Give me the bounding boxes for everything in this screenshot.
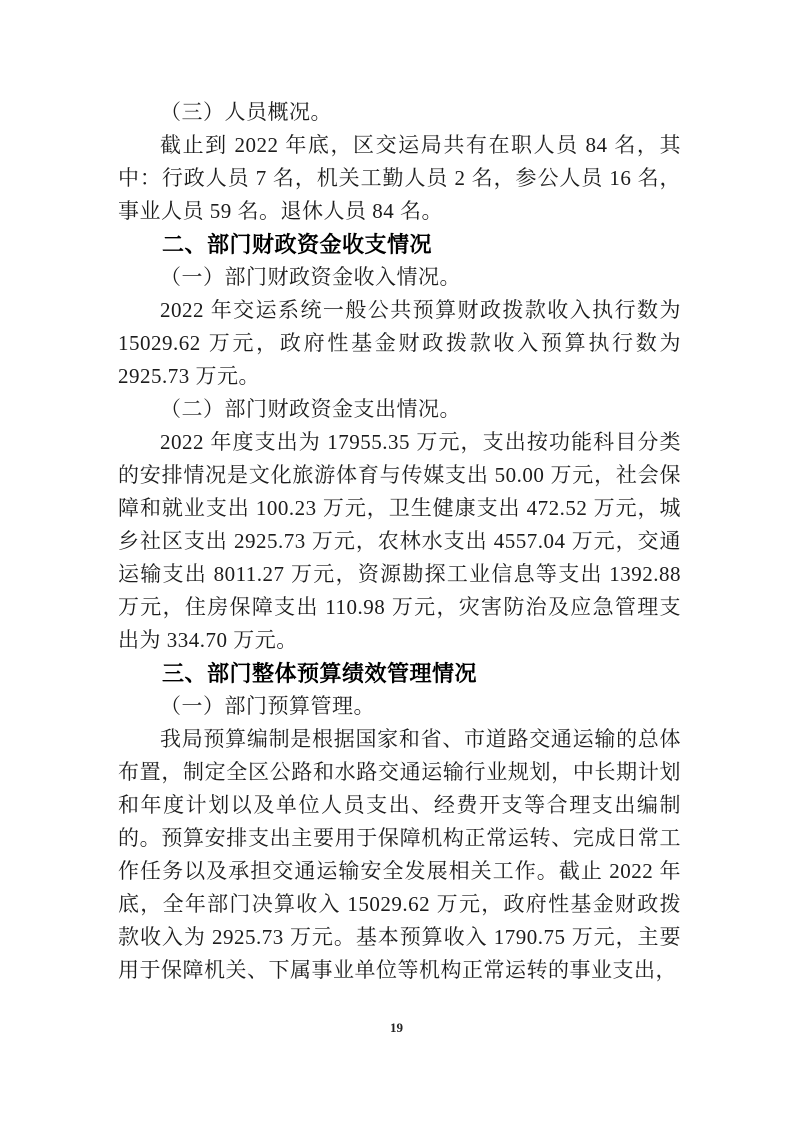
page-number: 19	[0, 1020, 793, 1036]
document-body: （三）人员概况。 截止到 2022 年底，区交运局共有在职人员 84 名，其中：…	[118, 96, 681, 987]
paragraph-expenditure-figures: 2022 年度支出为 17955.35 万元，支出按功能科目分类的安排情况是文化…	[118, 426, 681, 657]
subheading-budget-management: （一）部门预算管理。	[118, 690, 681, 723]
paragraph-personnel-stats: 截止到 2022 年底，区交运局共有在职人员 84 名，其中：行政人员 7 名，…	[118, 129, 681, 228]
subheading-expenditure-situation: （二）部门财政资金支出情况。	[118, 393, 681, 426]
paragraph-budget-management-detail: 我局预算编制是根据国家和省、市道路交通运输的总体布置，制定全区公路和水路交通运输…	[118, 723, 681, 987]
subheading-personnel-overview: （三）人员概况。	[118, 96, 681, 129]
subheading-income-situation: （一）部门财政资金收入情况。	[118, 261, 681, 294]
heading-section-3-performance-management: 三、部门整体预算绩效管理情况	[118, 657, 681, 690]
document-page: （三）人员概况。 截止到 2022 年底，区交运局共有在职人员 84 名，其中：…	[0, 0, 793, 1122]
heading-section-2-fiscal-funds: 二、部门财政资金收支情况	[118, 228, 681, 261]
paragraph-income-figures: 2022 年交运系统一般公共预算财政拨款收入执行数为 15029.62 万元，政…	[118, 294, 681, 393]
